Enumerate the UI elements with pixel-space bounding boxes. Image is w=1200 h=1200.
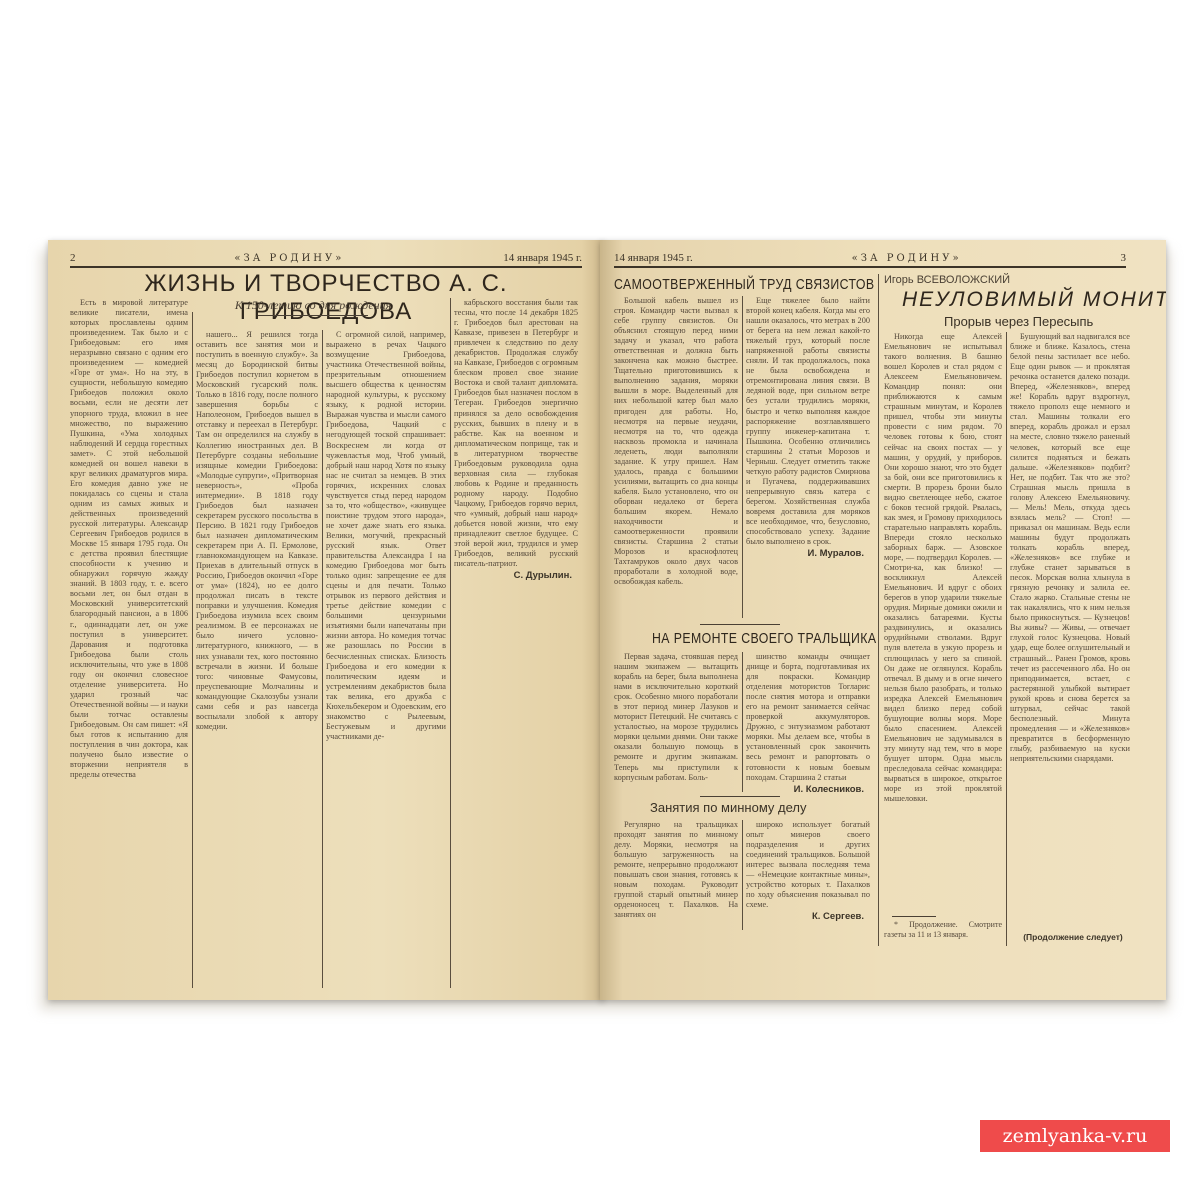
column-text: Есть в мировой литературе великие писате… bbox=[70, 298, 188, 780]
page-number: 3 bbox=[1120, 252, 1126, 264]
newspaper-page-3: 14 января 1945 г. «ЗА РОДИНУ» 3 САМООТВЕ… bbox=[600, 240, 1166, 1000]
column-text: нашего... Я решился тогда оставить все з… bbox=[196, 330, 318, 732]
column-rule bbox=[450, 298, 451, 988]
divider bbox=[700, 796, 780, 797]
masthead: «ЗА РОДИНУ» bbox=[234, 253, 344, 264]
subheadline-text: К 150-летию со дня рождения bbox=[235, 298, 391, 312]
column-text: Никогда еще Алексей Емельянович не испыт… bbox=[884, 332, 1002, 804]
column-text: Первая задача, стоявшая перед нашим экип… bbox=[614, 652, 738, 783]
article-column: широко использует богатый опыт минеров с… bbox=[746, 820, 870, 930]
column-text: шинство команды очищает днище и борта, п… bbox=[746, 652, 870, 783]
serial-column-2: Бушующий вал надвигался все ближе и ближ… bbox=[1010, 332, 1130, 928]
issue-date: 14 января 1945 г. bbox=[503, 252, 582, 264]
serial-footnote: * Продолжение. Смотрите газеты за 11 и 1… bbox=[884, 920, 1002, 944]
article-column-3: С огромной силой, например, выражено в р… bbox=[326, 330, 446, 988]
column-rule bbox=[322, 330, 323, 988]
author-signature: И. Колесников. bbox=[746, 785, 870, 792]
column-text: С огромной силой, например, выражено в р… bbox=[326, 330, 446, 742]
article-column: Регулярно на тральщиках проходят занятия… bbox=[614, 820, 738, 930]
article-column: Еще тяжелее было найти второй конец кабе… bbox=[746, 296, 870, 618]
column-text: Еще тяжелее было найти второй конец кабе… bbox=[746, 296, 870, 547]
article-headline: НА РЕМОНТЕ СВОЕГО ТРАЛЬЩИКА bbox=[652, 630, 876, 647]
article-column: шинство команды очищает днище и борта, п… bbox=[746, 652, 870, 792]
footnote-rule bbox=[892, 916, 936, 917]
article-column-1: Есть в мировой литературе великие писате… bbox=[70, 298, 188, 988]
page-3-running-head: 14 января 1945 г. «ЗА РОДИНУ» 3 bbox=[614, 250, 1126, 268]
article-column-2: нашего... Я решился тогда оставить все з… bbox=[196, 330, 318, 988]
serial-title: НЕУЛОВИМЫЙ МОНИТОР* bbox=[902, 288, 1166, 312]
to-be-continued: (Продолжение следует) bbox=[1018, 932, 1134, 942]
divider bbox=[258, 315, 368, 316]
page-2-running-head: 2 «ЗА РОДИНУ» 14 января 1945 г. bbox=[70, 250, 582, 268]
serial-author: Игорь ВСЕВОЛОЖСКИЙ bbox=[884, 274, 1010, 286]
column-rule bbox=[1006, 332, 1007, 946]
masthead: «ЗА РОДИНУ» bbox=[852, 253, 962, 264]
column-text: Бушующий вал надвигался все ближе и ближ… bbox=[1010, 332, 1130, 764]
author-signature: К. Сергеев. bbox=[746, 912, 870, 922]
column-rule bbox=[742, 652, 743, 792]
author-signature: С. Дурылин. bbox=[454, 571, 578, 581]
column-text: Регулярно на тральщиках проходят занятия… bbox=[614, 820, 738, 920]
column-rule bbox=[742, 296, 743, 618]
column-rule bbox=[192, 312, 193, 988]
footnote-text: * Продолжение. Смотрите газеты за 11 и 1… bbox=[884, 920, 1002, 940]
column-rule bbox=[742, 820, 743, 930]
column-text: широко использует богатый опыт минеров с… bbox=[746, 820, 870, 910]
article-column: Большой кабель вышел из строя. Командир … bbox=[614, 296, 738, 618]
article-subheadline: К 150-летию со дня рождения bbox=[213, 298, 413, 316]
newspaper-page-2: 2 «ЗА РОДИНУ» 14 января 1945 г. ЖИЗНЬ И … bbox=[48, 240, 604, 1000]
article-column: Первая задача, стоявшая перед нашим экип… bbox=[614, 652, 738, 792]
article-headline: САМООТВЕРЖЕННЫЙ ТРУД СВЯЗИСТОВ bbox=[614, 276, 874, 293]
column-text: кабрьского восстания были так тесны, что… bbox=[454, 298, 578, 569]
page-number: 2 bbox=[70, 252, 76, 264]
issue-date: 14 января 1945 г. bbox=[614, 252, 693, 264]
serial-chapter: Прорыв через Пересыпь bbox=[944, 314, 1093, 329]
section-rule bbox=[878, 274, 879, 946]
article-headline: Занятия по минному делу bbox=[650, 800, 807, 815]
article-column-4: кабрьского восстания были так тесны, что… bbox=[454, 298, 578, 988]
watermark-link[interactable]: zemlyanka-v.ru bbox=[980, 1120, 1170, 1152]
column-text: Большой кабель вышел из строя. Командир … bbox=[614, 296, 738, 587]
author-signature: И. Муралов. bbox=[746, 549, 870, 559]
serial-column-1: Никогда еще Алексей Емельянович не испыт… bbox=[884, 332, 1002, 912]
divider bbox=[700, 624, 780, 625]
